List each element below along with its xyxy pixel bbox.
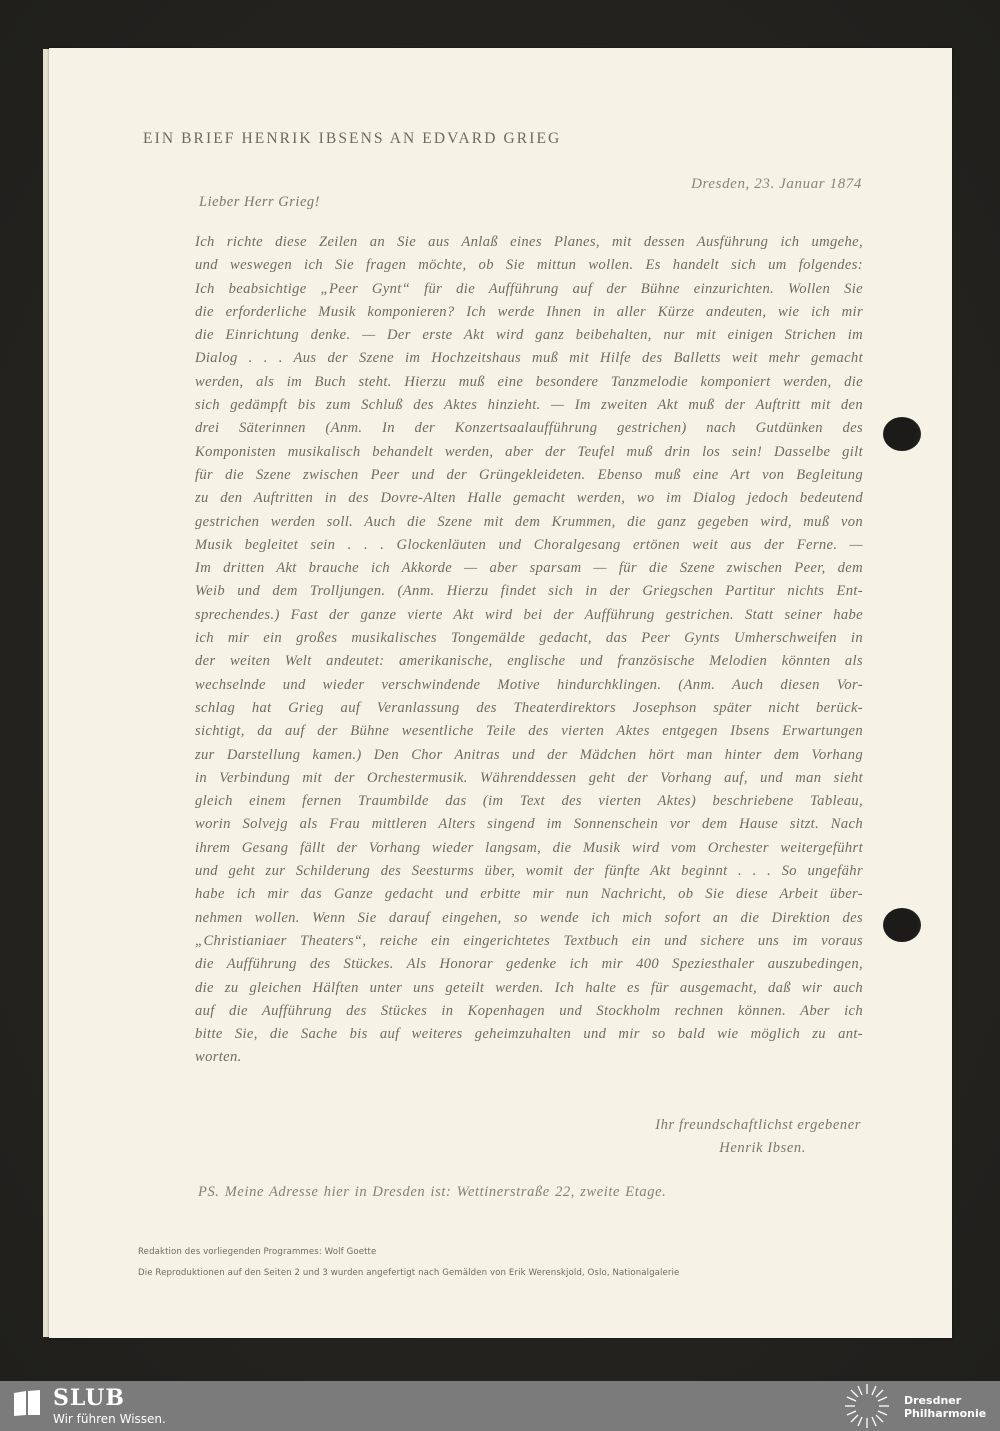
signature: Henrik Ibsen.	[655, 1137, 861, 1160]
body-line: sich gedämpft bis zum Schluß des Aktes h…	[195, 394, 863, 417]
body-line: drei Säterinnen (Anm. In der Konzertsaal…	[195, 417, 863, 440]
body-line: gestrichen werden soll. Auch die Szene m…	[195, 511, 863, 534]
punch-hole	[883, 417, 921, 451]
body-line: ihrem Gesang fällt der Vorhang wieder la…	[195, 837, 863, 860]
body-line: Musik begleitet sein . . . Glockenläuten…	[195, 534, 863, 557]
body-line: worten.	[195, 1046, 863, 1069]
body-line: worin Solvejg als Frau mittleren Alters …	[195, 813, 863, 836]
closing-phrase: Ihr freundschaftlichst ergebener	[655, 1114, 861, 1137]
philharmonie-line2: Philharmonie	[904, 1407, 986, 1420]
credits: Redaktion des vorliegenden Programmes: W…	[138, 1242, 679, 1284]
body-line: gleich einem fernen Traumbilde das (im T…	[195, 790, 863, 813]
slub-logo[interactable]: SLUB	[53, 1385, 125, 1411]
letter-date: Dresden, 23. Januar 1874	[691, 176, 862, 193]
credit-reproductions: Die Reproduktionen auf den Seiten 2 und …	[138, 1263, 679, 1284]
body-line: Komponisten musikalisch behandelt werden…	[195, 441, 863, 464]
scanned-page: EIN BRIEF HENRIK IBSENS AN EDVARD GRIEG …	[49, 48, 952, 1338]
postscript: PS. Meine Adresse hier in Dresden ist: W…	[198, 1184, 666, 1201]
document-title: EIN BRIEF HENRIK IBSENS AN EDVARD GRIEG	[143, 130, 561, 148]
body-line: Im dritten Akt brauche ich Akkorde — abe…	[195, 557, 863, 580]
letter-closing: Ihr freundschaftlichst ergebener Henrik …	[655, 1114, 861, 1160]
body-line: auf die Aufführung des Stückes in Kopenh…	[195, 1000, 863, 1023]
body-line: in Verbindung mit der Orchestermusik. Wä…	[195, 767, 863, 790]
body-line: zur Darstellung kamen.) Den Chor Anitras…	[195, 744, 863, 767]
body-line: die Einrichtung denke. — Der erste Akt w…	[195, 324, 863, 347]
body-line: die erforderliche Musik komponieren? Ich…	[195, 301, 863, 324]
body-line: Ich richte diese Zeilen an Sie aus Anlaß…	[195, 231, 863, 254]
body-line: der weiten Welt andeutet: amerikanische,…	[195, 650, 863, 673]
letter-salutation: Lieber Herr Grieg!	[199, 194, 320, 211]
body-line: und geht zur Schilderung des Seesturms ü…	[195, 860, 863, 883]
body-line: schlag hat Grieg auf Veranlassung des Th…	[195, 697, 863, 720]
philharmonie-line1: Dresdner	[904, 1394, 986, 1407]
philharmonie-sunburst-icon	[842, 1382, 892, 1430]
body-line: habe ich mir das Ganze gedacht und erbit…	[195, 883, 863, 906]
body-line: für die Szene zwischen Peer und der Grün…	[195, 464, 863, 487]
body-line: die zu gleichen Hälften unter uns geteil…	[195, 977, 863, 1000]
letter-body: Ich richte diese Zeilen an Sie aus Anlaß…	[195, 231, 863, 1070]
punch-hole	[883, 908, 921, 942]
body-line: ich mir ein großes musikalisches Tongemä…	[195, 627, 863, 650]
body-line: werden, als im Buch steht. Hierzu muß ei…	[195, 371, 863, 394]
body-line: sichtigt, da auf der Bühne wesentliche T…	[195, 720, 863, 743]
body-line: zu den Auftritten in des Dovre-Alten Hal…	[195, 487, 863, 510]
philharmonie-logo[interactable]: Dresdner Philharmonie	[904, 1394, 986, 1420]
body-line: bitte Sie, die Sache bis auf weiteres ge…	[195, 1023, 863, 1046]
body-line: wechselnde und wieder verschwindende Mot…	[195, 674, 863, 697]
slub-book-icon	[12, 1389, 42, 1417]
body-line: nehmen wollen. Wenn Sie darauf eingehen,…	[195, 907, 863, 930]
body-line: und weswegen ich Sie fragen möchte, ob S…	[195, 254, 863, 277]
credit-editor: Redaktion des vorliegenden Programmes: W…	[138, 1242, 679, 1263]
body-line: Weib und dem Trolljungen. (Anm. Hierzu f…	[195, 580, 863, 603]
body-line: Dialog . . . Aus der Szene im Hochzeitsh…	[195, 347, 863, 370]
body-line: die Aufführung des Stückes. Als Honorar …	[195, 953, 863, 976]
body-line: „Christianiaer Theaters“, reiche ein ein…	[195, 930, 863, 953]
slub-tagline: Wir führen Wissen.	[53, 1412, 166, 1426]
body-line: Ich beabsichtige „Peer Gynt“ für die Auf…	[195, 278, 863, 301]
body-line: sprechendes.) Fast der ganze vierte Akt …	[195, 604, 863, 627]
footer-bar: SLUB Wir führen Wissen. Dresdner Philhar…	[0, 1381, 1000, 1431]
